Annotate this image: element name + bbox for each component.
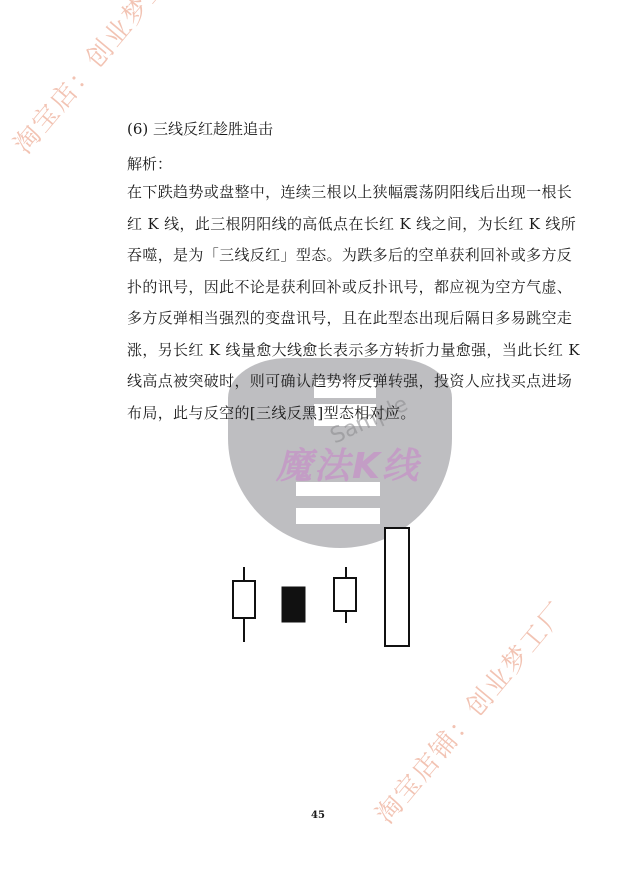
section-heading: (6) 三线反红趁胜追击 [127, 118, 273, 139]
candle-3 [334, 567, 356, 623]
page-number: 45 [311, 810, 325, 821]
analysis-label: 解析： [127, 153, 172, 174]
paragraph-line: 在下跌趋势或盘整中，连续三根以上狭幅震荡阴阳线后出现一根长 [127, 177, 557, 209]
paragraph-line: 吞噬，是为「三线反红」型态。为跌多后的空单获利回补或多方反 [127, 240, 557, 272]
paragraph-line: 多方反弹相当强烈的变盘讯号，且在此型态出现后隔日多易跳空走 [127, 303, 557, 335]
candlestick-chart [228, 512, 428, 652]
logo-text: 魔法K线 [248, 438, 448, 489]
document-page: Sample 魔法K线 (6) 三线反红趁胜追击 解析： 在下跌趋势或盘整中，连… [0, 0, 640, 870]
candle-2-black [282, 587, 305, 622]
paragraph-line: 扑的讯号，因此不论是获利回补或反扑讯号，都应视为空方气虚、 [127, 272, 557, 304]
paragraph-line: 布局，此与反空的[三线反黑]型态相对应。 [127, 398, 557, 430]
candle-1 [233, 567, 255, 642]
analysis-paragraph: 在下跌趋势或盘整中，连续三根以上狭幅震荡阴阳线后出现一根长 红 K 线，此三根阴… [127, 177, 557, 429]
paragraph-line: 涨，另长红 K 线量愈大线愈长表示多方转折力量愈强，当此长红 K [127, 335, 557, 367]
paragraph-line: 红 K 线，此三根阴阳线的高低点在长红 K 线之间，为长红 K 线所 [127, 209, 557, 241]
paragraph-line: 线高点被突破时，则可确认趋势将反弹转强，投资人应找买点进场 [127, 366, 557, 398]
candle-4-long [385, 528, 409, 646]
